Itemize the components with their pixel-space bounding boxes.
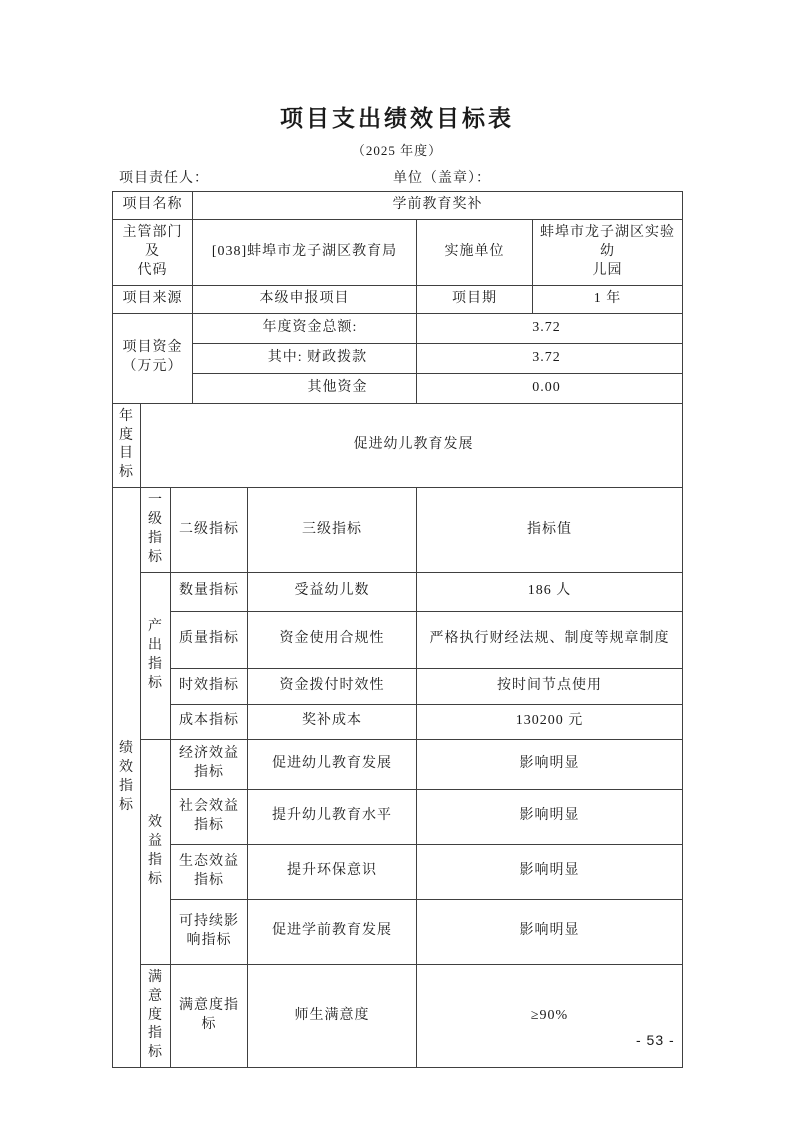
table-row: 项目资金 （万元） 年度资金总额: 3.72 [113,313,683,343]
indicator-value: 影响明显 [417,899,683,964]
funds-fiscal-value: 3.72 [417,343,683,373]
indicator-value: 影响明显 [417,739,683,789]
table-row: 年度目标 促进幼儿教育发展 [113,403,683,488]
indicator-value: ≥90% [417,964,683,1067]
indicator-l3: 提升环保意识 [248,844,417,899]
table-row: 满意度指标 满意度指 标 师生满意度 ≥90% [113,964,683,1067]
indicator-l3: 资金拨付时效性 [248,668,417,704]
meta-row: 项目责任人： 单位（盖章）： [0,167,794,187]
indicator-value: 186 人 [417,572,683,611]
table-row: 生态效益 指标 提升环保意识 影响明显 [113,844,683,899]
header-level3: 三级指标 [248,488,417,573]
performance-group-label: 绩效指标 [113,488,141,1068]
header-level1: 一级指标 [141,488,171,573]
indicator-l2: 时效指标 [171,668,248,704]
table-row: 项目来源 本级申报项目 项目期 1 年 [113,285,683,313]
funds-total-value: 3.72 [417,313,683,343]
indicator-l2: 生态效益 指标 [171,844,248,899]
header-value: 指标值 [417,488,683,573]
indicator-l2: 社会效益 指标 [171,789,248,844]
indicator-l2: 成本指标 [171,704,248,739]
indicator-l3: 提升幼儿教育水平 [248,789,417,844]
table-row: 可持续影 响指标 促进学前教育发展 影响明显 [113,899,683,964]
table-row: 成本指标 奖补成本 130200 元 [113,704,683,739]
table-row: 效益指标 经济效益 指标 促进幼儿教育发展 影响明显 [113,739,683,789]
responsible-person-label: 项目责任人： [119,167,209,187]
indicator-l2: 经济效益 指标 [171,739,248,789]
indicator-l3: 受益幼儿数 [248,572,417,611]
performance-target-table: 项目名称 学前教育奖补 主管部门及 代码 [038]蚌埠市龙子湖区教育局 实施单… [112,191,683,1068]
impl-unit-label: 实施单位 [417,220,533,286]
indicator-value: 影响明显 [417,844,683,899]
indicator-l3: 奖补成本 [248,704,417,739]
source-value: 本级申报项目 [193,285,417,313]
indicator-l2: 满意度指 标 [171,964,248,1067]
table-row: 其他资金 0.00 [113,373,683,403]
project-name-value: 学前教育奖补 [193,192,683,220]
output-section-label: 产出指标 [141,572,171,739]
table-row: 项目名称 学前教育奖补 [113,192,683,220]
satisfaction-section-label: 满意度指标 [141,964,171,1067]
indicator-l3: 资金使用合规性 [248,611,417,668]
indicator-l2: 数量指标 [171,572,248,611]
source-label: 项目来源 [113,285,193,313]
table-row: 绩效指标 一级指标 二级指标 三级指标 指标值 [113,488,683,573]
annual-goal-value: 促进幼儿教育发展 [141,403,683,488]
indicator-l2: 可持续影 响指标 [171,899,248,964]
table-row: 质量指标 资金使用合规性 严格执行财经法规、制度等规章制度 [113,611,683,668]
benefit-section-label: 效益指标 [141,739,171,964]
document-page: 项目支出绩效目标表 （2025 年度） 项目责任人： 单位（盖章）： 项目名称 … [0,0,794,1122]
header-level2: 二级指标 [171,488,248,573]
indicator-l3: 促进幼儿教育发展 [248,739,417,789]
indicator-value: 130200 元 [417,704,683,739]
page-title: 项目支出绩效目标表 [0,100,794,133]
funds-label: 项目资金 （万元） [113,313,193,403]
funds-other-value: 0.00 [417,373,683,403]
table-row: 其中: 财政拨款 3.72 [113,343,683,373]
page-subtitle: （2025 年度） [0,140,794,159]
table-row: 主管部门及 代码 [038]蚌埠市龙子湖区教育局 实施单位 蚌埠市龙子湖区实验幼… [113,220,683,286]
page-number: - 53 - [636,1032,675,1048]
indicator-l3: 师生满意度 [248,964,417,1067]
period-value: 1 年 [533,285,683,313]
funds-other-label: 其他资金 [193,373,417,403]
dept-label: 主管部门及 代码 [113,220,193,286]
dept-value: [038]蚌埠市龙子湖区教育局 [193,220,417,286]
indicator-l2: 质量指标 [171,611,248,668]
indicator-value: 严格执行财经法规、制度等规章制度 [417,611,683,668]
indicator-value: 影响明显 [417,789,683,844]
indicator-l3: 促进学前教育发展 [248,899,417,964]
impl-unit-value: 蚌埠市龙子湖区实验幼 儿园 [533,220,683,286]
table-row: 社会效益 指标 提升幼儿教育水平 影响明显 [113,789,683,844]
table-row: 时效指标 资金拨付时效性 按时间节点使用 [113,668,683,704]
unit-seal-label: 单位（盖章）： [393,167,491,187]
indicator-value: 按时间节点使用 [417,668,683,704]
period-label: 项目期 [417,285,533,313]
table-row: 产出指标 数量指标 受益幼儿数 186 人 [113,572,683,611]
project-name-label: 项目名称 [113,192,193,220]
annual-goal-label: 年度目标 [113,403,141,488]
funds-fiscal-label: 其中: 财政拨款 [193,343,417,373]
funds-total-label: 年度资金总额: [193,313,417,343]
